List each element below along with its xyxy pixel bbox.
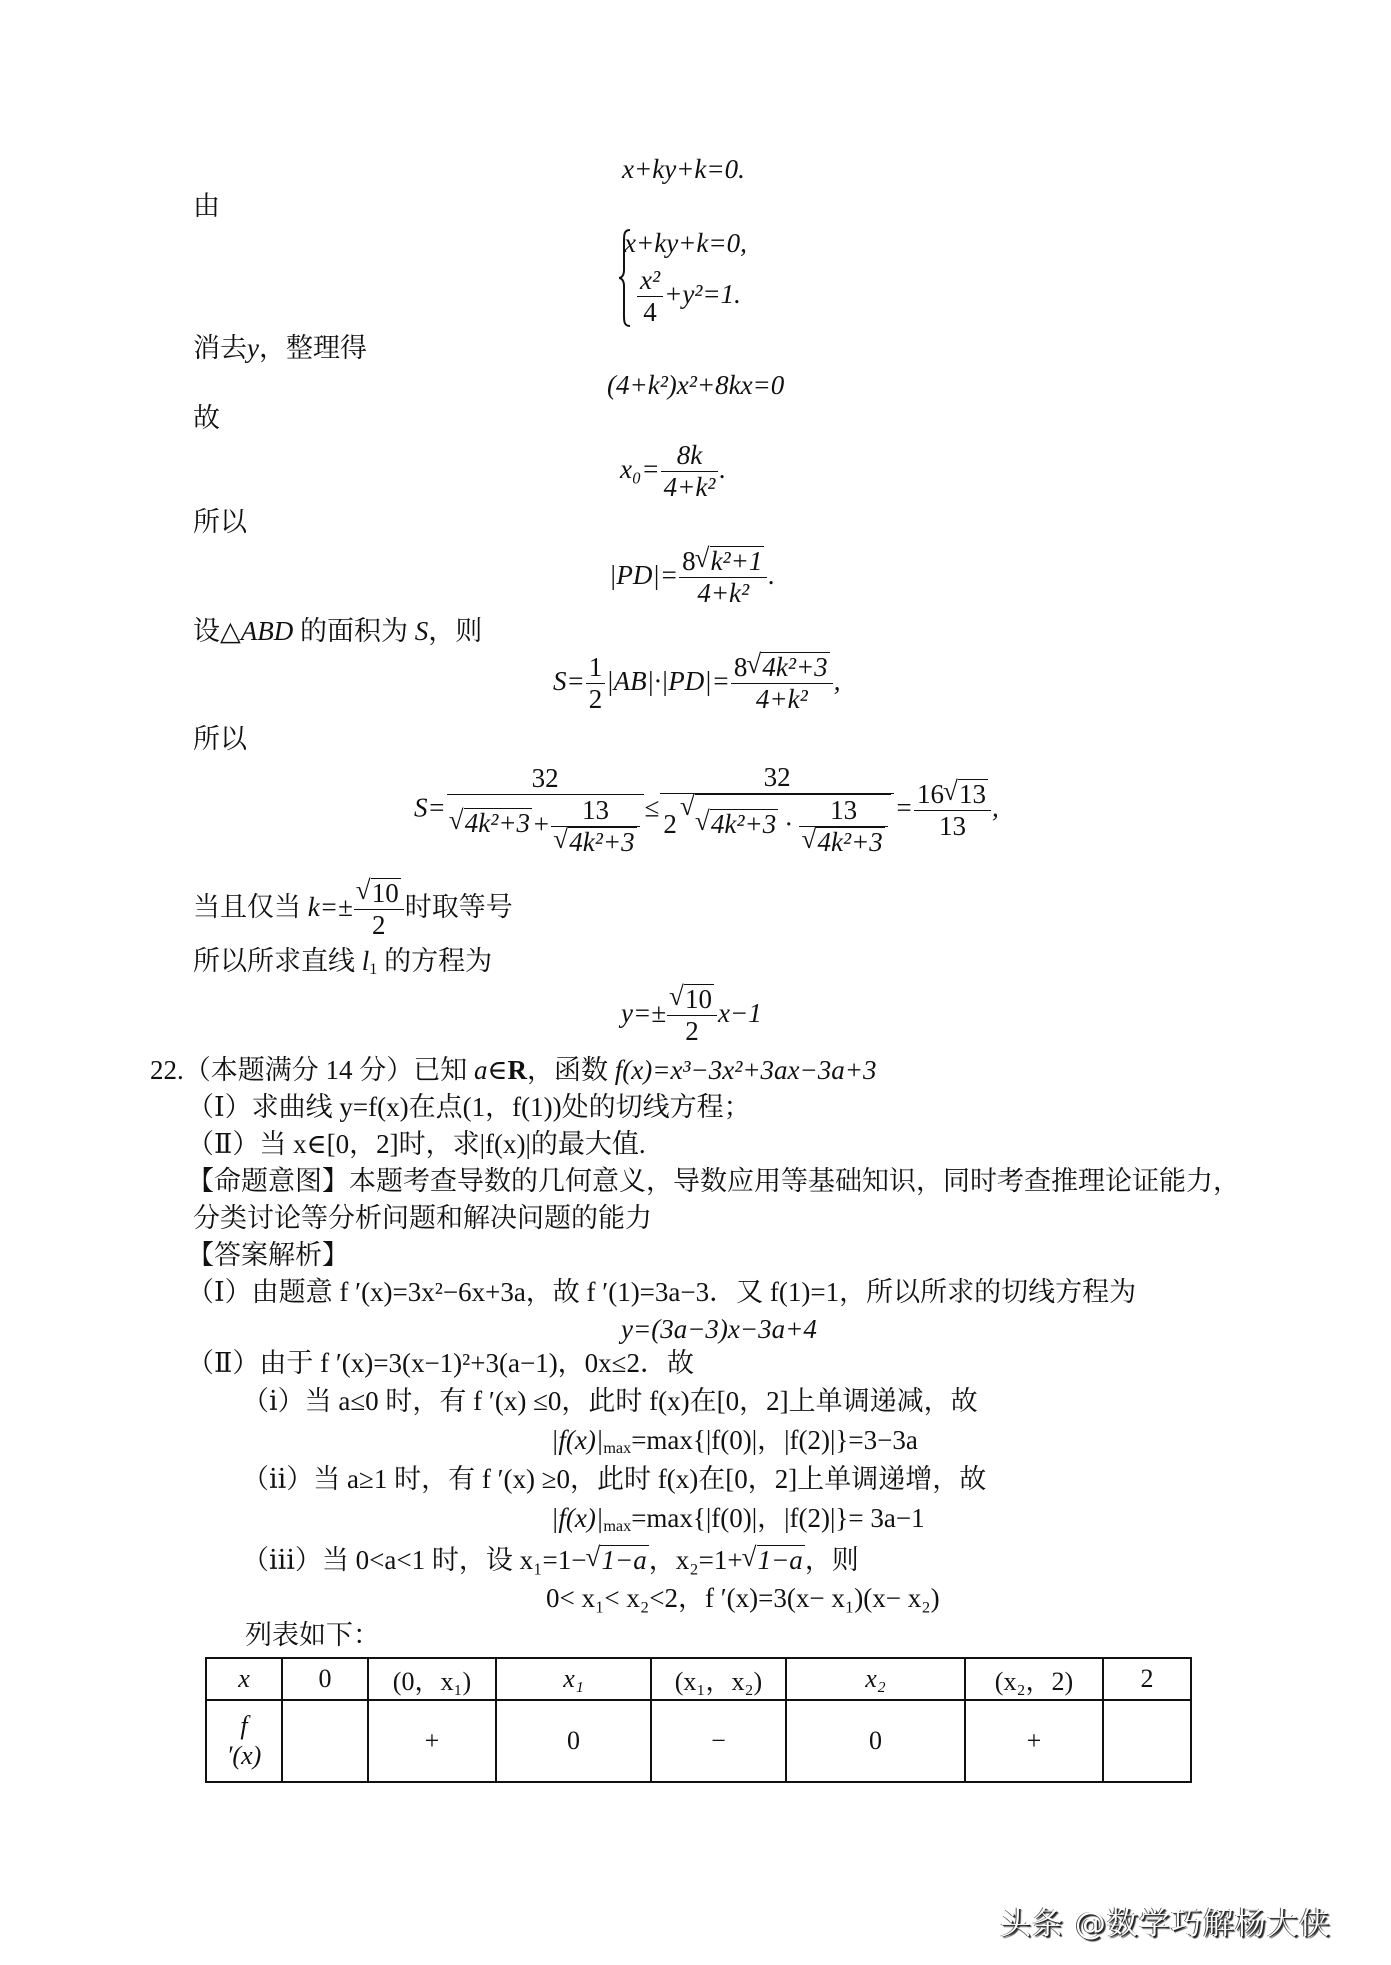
problem-22-part-1: （Ⅰ）求曲线 y=f(x)在点(1，f(1))处的切线方程； [187, 1094, 751, 1121]
solution-part-2: （Ⅱ）由于 f ′(x)=3(x−1)²+3(a−1)，0x≤2．故 [187, 1350, 694, 1377]
table-cell: x₁ [496, 1658, 651, 1700]
table-row-label: f′(x) [206, 1700, 282, 1782]
pd-formula: |PD|=8k²+14+k². [609, 546, 775, 609]
sign-table: x 0 (0，x₁) x₁ (x₁，x₂) x₂ (x₂，2) 2 f′(x) … [205, 1657, 1192, 1783]
table-cell: 0 [496, 1700, 651, 1782]
line-equation: x+ky+k=0. [622, 156, 745, 183]
area-intro: 设△ABD 的面积为 S，则 [193, 618, 482, 645]
case-1-result: |f(x)|max=max{|f(0)|，|f(2)|}=3−3a [551, 1427, 918, 1454]
table-cell [1103, 1700, 1191, 1782]
table-cell: 0 [786, 1700, 965, 1782]
case-2: （ⅱ）当 a≥1 时，有 f ′(x) ≥0，此时 f(x)在[0，2]上单调递… [242, 1466, 986, 1493]
case-3-derivative: 0< x₁< x₂<2，f ′(x)=3(x− x₁)(x− x₂) [546, 1585, 940, 1612]
table-cell: + [368, 1700, 496, 1782]
area-formula: S=12|AB|·|PD|=84k²+34+k², [553, 652, 840, 715]
table-row: f′(x) + 0 − 0 + [206, 1700, 1191, 1782]
case-1: （ⅰ）当 a≤0 时，有 f ′(x) ≤0，此时 f(x)在[0，2]上单调递… [242, 1388, 978, 1415]
table-cell: + [965, 1700, 1103, 1782]
case-2-result: |f(x)|max=max{|f(0)|，|f(2)|}= 3a−1 [551, 1505, 925, 1532]
table-cell: − [651, 1700, 786, 1782]
table-cell: (x₁，x₂) [651, 1658, 786, 1700]
table-cell: x [206, 1658, 282, 1700]
text-gu: 故 [193, 405, 220, 432]
table-cell: 2 [1103, 1658, 1191, 1700]
text-suoyi-1: 所以 [193, 509, 247, 536]
quadratic-equation: (4+k²)x²+8kx=0 [607, 372, 784, 399]
problem-22-part-2: （Ⅱ）当 x∈[0，2]时，求|f(x)|的最大值. [187, 1131, 646, 1158]
line-equation-intro: 所以所求直线 l1 的方程为 [193, 948, 492, 975]
problem-22-title: 22.（本题满分 14 分）已知 a∈R，函数 f(x)=x³−3x²+3ax−… [150, 1057, 876, 1084]
equality-condition: 当且仅当 k=±102时取等号 [193, 878, 513, 941]
text-you: 由 [193, 193, 220, 220]
answer-label: 【答案解析】 [187, 1242, 349, 1269]
case-3: （ⅲ）当 0<a<1 时，设 x₁=1−1−a，x₂=1+1−a，则 [242, 1545, 859, 1576]
table-cell: (x₂，2) [965, 1658, 1103, 1700]
watermark: 头条 @数学巧解杨大侠 [1000, 1898, 1331, 1943]
table-cell: x₂ [786, 1658, 965, 1700]
inequality-formula: S=324k²+3+134k²+3≤3224k²+3 · 134k²+3=161… [414, 762, 999, 858]
table-cell [282, 1700, 368, 1782]
table-intro: 列表如下： [245, 1622, 380, 1649]
x0-formula: x₀=8k4+k². [620, 440, 726, 503]
table-cell: 0 [282, 1658, 368, 1700]
eliminate-text: 消去y，整理得 [193, 335, 367, 362]
table-header-row: x 0 (0，x₁) x₁ (x₁，x₂) x₂ (x₂，2) 2 [206, 1658, 1191, 1700]
intent-paragraph: 【命题意图】本题考查导数的几何意义，导数应用等基础知识，同时考查推理论证能力， [187, 1168, 1240, 1195]
tangent-line-equation: y=(3a−3)x−3a+4 [621, 1316, 817, 1343]
intent-paragraph-cont: 分类讨论等分析问题和解决问题的能力 [193, 1205, 652, 1232]
table-cell: (0，x₁) [368, 1658, 496, 1700]
system-equation-1: x+ky+k=0, [624, 230, 747, 257]
system-equation-2: x²4+y²=1. [636, 265, 741, 328]
solution-part-1: （Ⅰ）由题意 f ′(x)=3x²−6x+3a，故 f ′(1)=3a−3．又 … [187, 1279, 1136, 1306]
final-line-equation: y=±102x−1 [621, 984, 762, 1047]
text-suoyi-2: 所以 [193, 726, 247, 753]
